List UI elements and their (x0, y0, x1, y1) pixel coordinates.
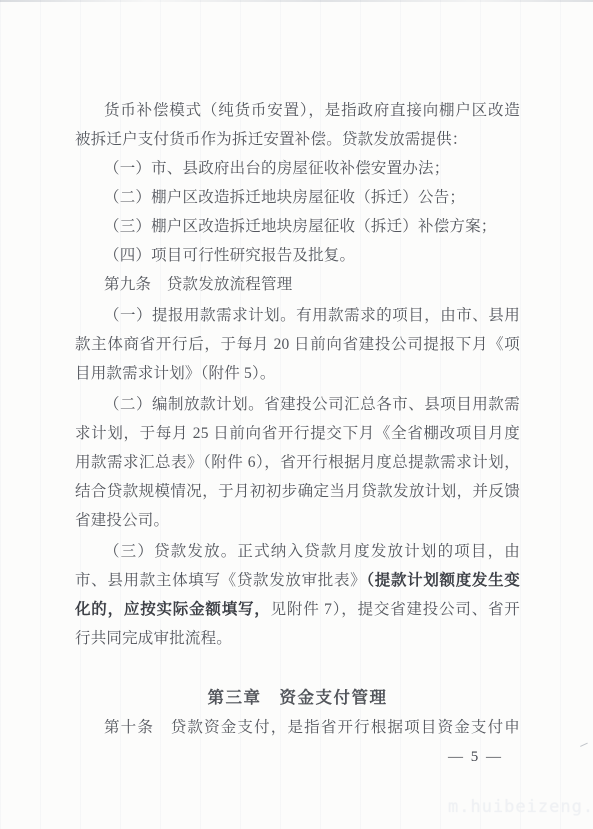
para3-line-3-bold-text: 化的，应按实际金额填写， (75, 601, 271, 618)
page-number: — 5 — (448, 744, 503, 770)
para2-line-3: 用款需求汇总表》（附件 6），省开行根据月度总提款需求计划， (75, 448, 520, 477)
para1-line-2: 款主体商省开行后，于每月 20 日前向省建投公司提报下月《项 (75, 330, 520, 359)
para3-line-2-normal-text: 市、县用款主体填写《贷款发放审批表》 (75, 572, 366, 589)
para2-line-4: 结合贷款规模情况，于月初初步确定当月贷款发放计划，并反馈 (75, 477, 520, 506)
watermark-text: m.huibeizeng.com (448, 797, 593, 817)
para1-line-1: （一）提报用款需求计划。有用款需求的项目，由市、县用 (75, 301, 520, 330)
list-item-1: （一）市、县政府出台的房屋征收补偿安置办法； (75, 154, 520, 183)
para3-line-1: （三）贷款发放。正式纳入贷款月度发放计划的项目，由 (75, 537, 520, 566)
intro-line-2: 被拆迁户支付货币作为拆迁安置补偿。贷款发放需提供： (75, 125, 520, 154)
para2-line-5: 省建投公司。 (75, 506, 520, 535)
para3-line-3: 化的，应按实际金额填写，见附件 7），提交省建投公司、省开 (75, 595, 520, 624)
para3-line-2-bold-text: （提款计划额度发生变 (366, 572, 520, 589)
intro-line-1: 货币补偿模式（纯货币安置），是指政府直接向棚户区改造 (75, 96, 520, 125)
article-10-line-1: 第十条 贷款资金支付，是指省开行根据项目资金支付申 (75, 713, 520, 742)
scan-artifact-speck (580, 743, 590, 752)
para3-line-3-normal-text: 见附件 7），提交省建投公司、省开 (271, 601, 520, 618)
list-item-3: （三）棚户区改造拆迁地块房屋征收（拆迁）补偿方案； (75, 212, 520, 241)
article-9-title: 第九条 贷款发放流程管理 (75, 270, 520, 299)
chapter-3-heading: 第三章 资金支付管理 (75, 683, 520, 713)
para2-line-2: 求计划，于每月 25 日前向省开行提交下月《全省棚改项目月度 (75, 419, 520, 448)
document-body: 货币补偿模式（纯货币安置），是指政府直接向棚户区改造 被拆迁户支付货币作为拆迁安… (75, 96, 520, 742)
list-item-2: （二）棚户区改造拆迁地块房屋征收（拆迁）公告； (75, 183, 520, 212)
para3-line-4: 行共同完成审批流程。 (75, 624, 520, 653)
para3-line-2: 市、县用款主体填写《贷款发放审批表》（提款计划额度发生变 (75, 566, 520, 595)
para2-line-1: （二）编制放款计划。省建投公司汇总各市、县项目用款需 (75, 390, 520, 419)
para1-line-3: 目用款需求计划》（附件 5）。 (75, 359, 520, 388)
list-item-4: （四）项目可行性研究报告及批复。 (75, 241, 520, 270)
scanned-document-page: 货币补偿模式（纯货币安置），是指政府直接向棚户区改造 被拆迁户支付货币作为拆迁安… (0, 0, 593, 829)
